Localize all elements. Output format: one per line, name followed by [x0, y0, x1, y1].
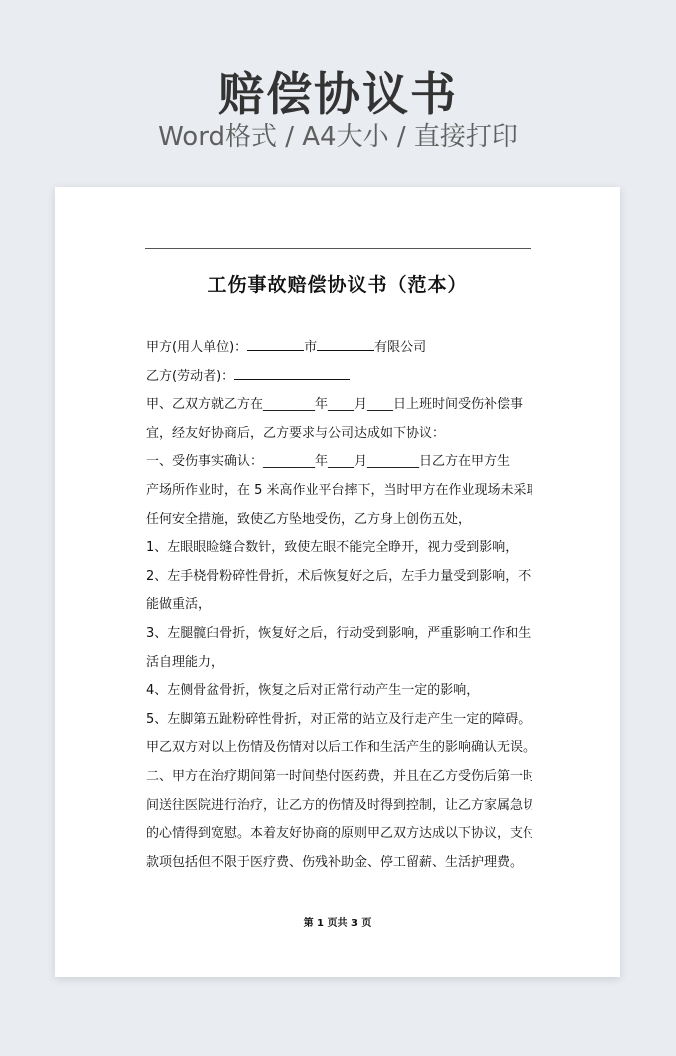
body-line: 1、左眼眼睑缝合数针，致使左眼不能完全睁开，视力受到影响，	[146, 534, 532, 563]
body-line: 甲、乙双方就乙方在________年____月____日上班时间受伤补偿事	[146, 391, 532, 420]
body-line: 间送往医院进行治疗，让乙方的伤情及时得到控制，让乙方家属急切	[146, 792, 532, 821]
hero-subtitle: Word格式 / A4大小 / 直接打印	[0, 120, 676, 154]
body-line: 款项包括但不限于医疗费、伤残补助金、停工留薪、生活护理费。	[146, 849, 532, 878]
body-line: 甲乙双方对以上伤情及伤情对以后工作和生活产生的影响确认无误。	[146, 734, 532, 763]
hero-title: 赔偿协议书	[0, 66, 676, 122]
body-line: 5、左脚第五趾粉碎性骨折，对正常的站立及行走产生一定的障碍。	[146, 706, 532, 735]
page-number: 第 1 页共 3 页	[55, 914, 620, 929]
body-line: 2、左手桡骨粉碎性骨折，术后恢复好之后，左手力量受到影响，不	[146, 563, 532, 592]
body-line: 宜，经友好协商后，乙方要求与公司达成如下协议：	[146, 420, 532, 449]
body-line: 产场所作业时，在 5 米高作业平台摔下，当时甲方在作业现场未采取	[146, 477, 532, 506]
document-title: 工伤事故赔偿协议书（范本）	[55, 271, 620, 299]
document-page: 工伤事故赔偿协议书（范本） 甲方(用人单位)：市有限公司 乙方(劳动者)： 甲、…	[55, 187, 620, 977]
city-blank	[247, 337, 304, 351]
city-suffix: 市	[304, 340, 317, 355]
body-line: 活自理能力，	[146, 649, 532, 678]
worker-blank	[234, 366, 350, 380]
body-line: 4、左侧骨盆骨折，恢复之后对正常行动产生一定的影响，	[146, 677, 532, 706]
body-line: 任何安全措施，致使乙方坠地受伤，乙方身上创伤五处，	[146, 506, 532, 535]
company-suffix: 有限公司	[374, 340, 426, 355]
party-a-label: 甲方(用人单位)：	[146, 340, 247, 355]
body-line: 3、左腿髋臼骨折，恢复好之后，行动受到影响，严重影响工作和生	[146, 620, 532, 649]
document-body: 甲方(用人单位)：市有限公司 乙方(劳动者)： 甲、乙双方就乙方在_______…	[146, 334, 532, 877]
body-line: 二、甲方在治疗期间第一时间垫付医药费，并且在乙方受伤后第一时	[146, 763, 532, 792]
party-a-line: 甲方(用人单位)：市有限公司	[146, 334, 532, 363]
company-blank	[317, 337, 374, 351]
header-rule	[145, 248, 531, 249]
party-b-line: 乙方(劳动者)：	[146, 363, 532, 392]
body-line: 能做重活，	[146, 591, 532, 620]
party-b-label: 乙方(劳动者)：	[146, 369, 234, 384]
body-line: 一、受伤事实确认：________年____月________日乙方在甲方生	[146, 448, 532, 477]
body-line: 的心情得到宽慰。本着友好协商的原则甲乙双方达成以下协议，支付	[146, 820, 532, 849]
